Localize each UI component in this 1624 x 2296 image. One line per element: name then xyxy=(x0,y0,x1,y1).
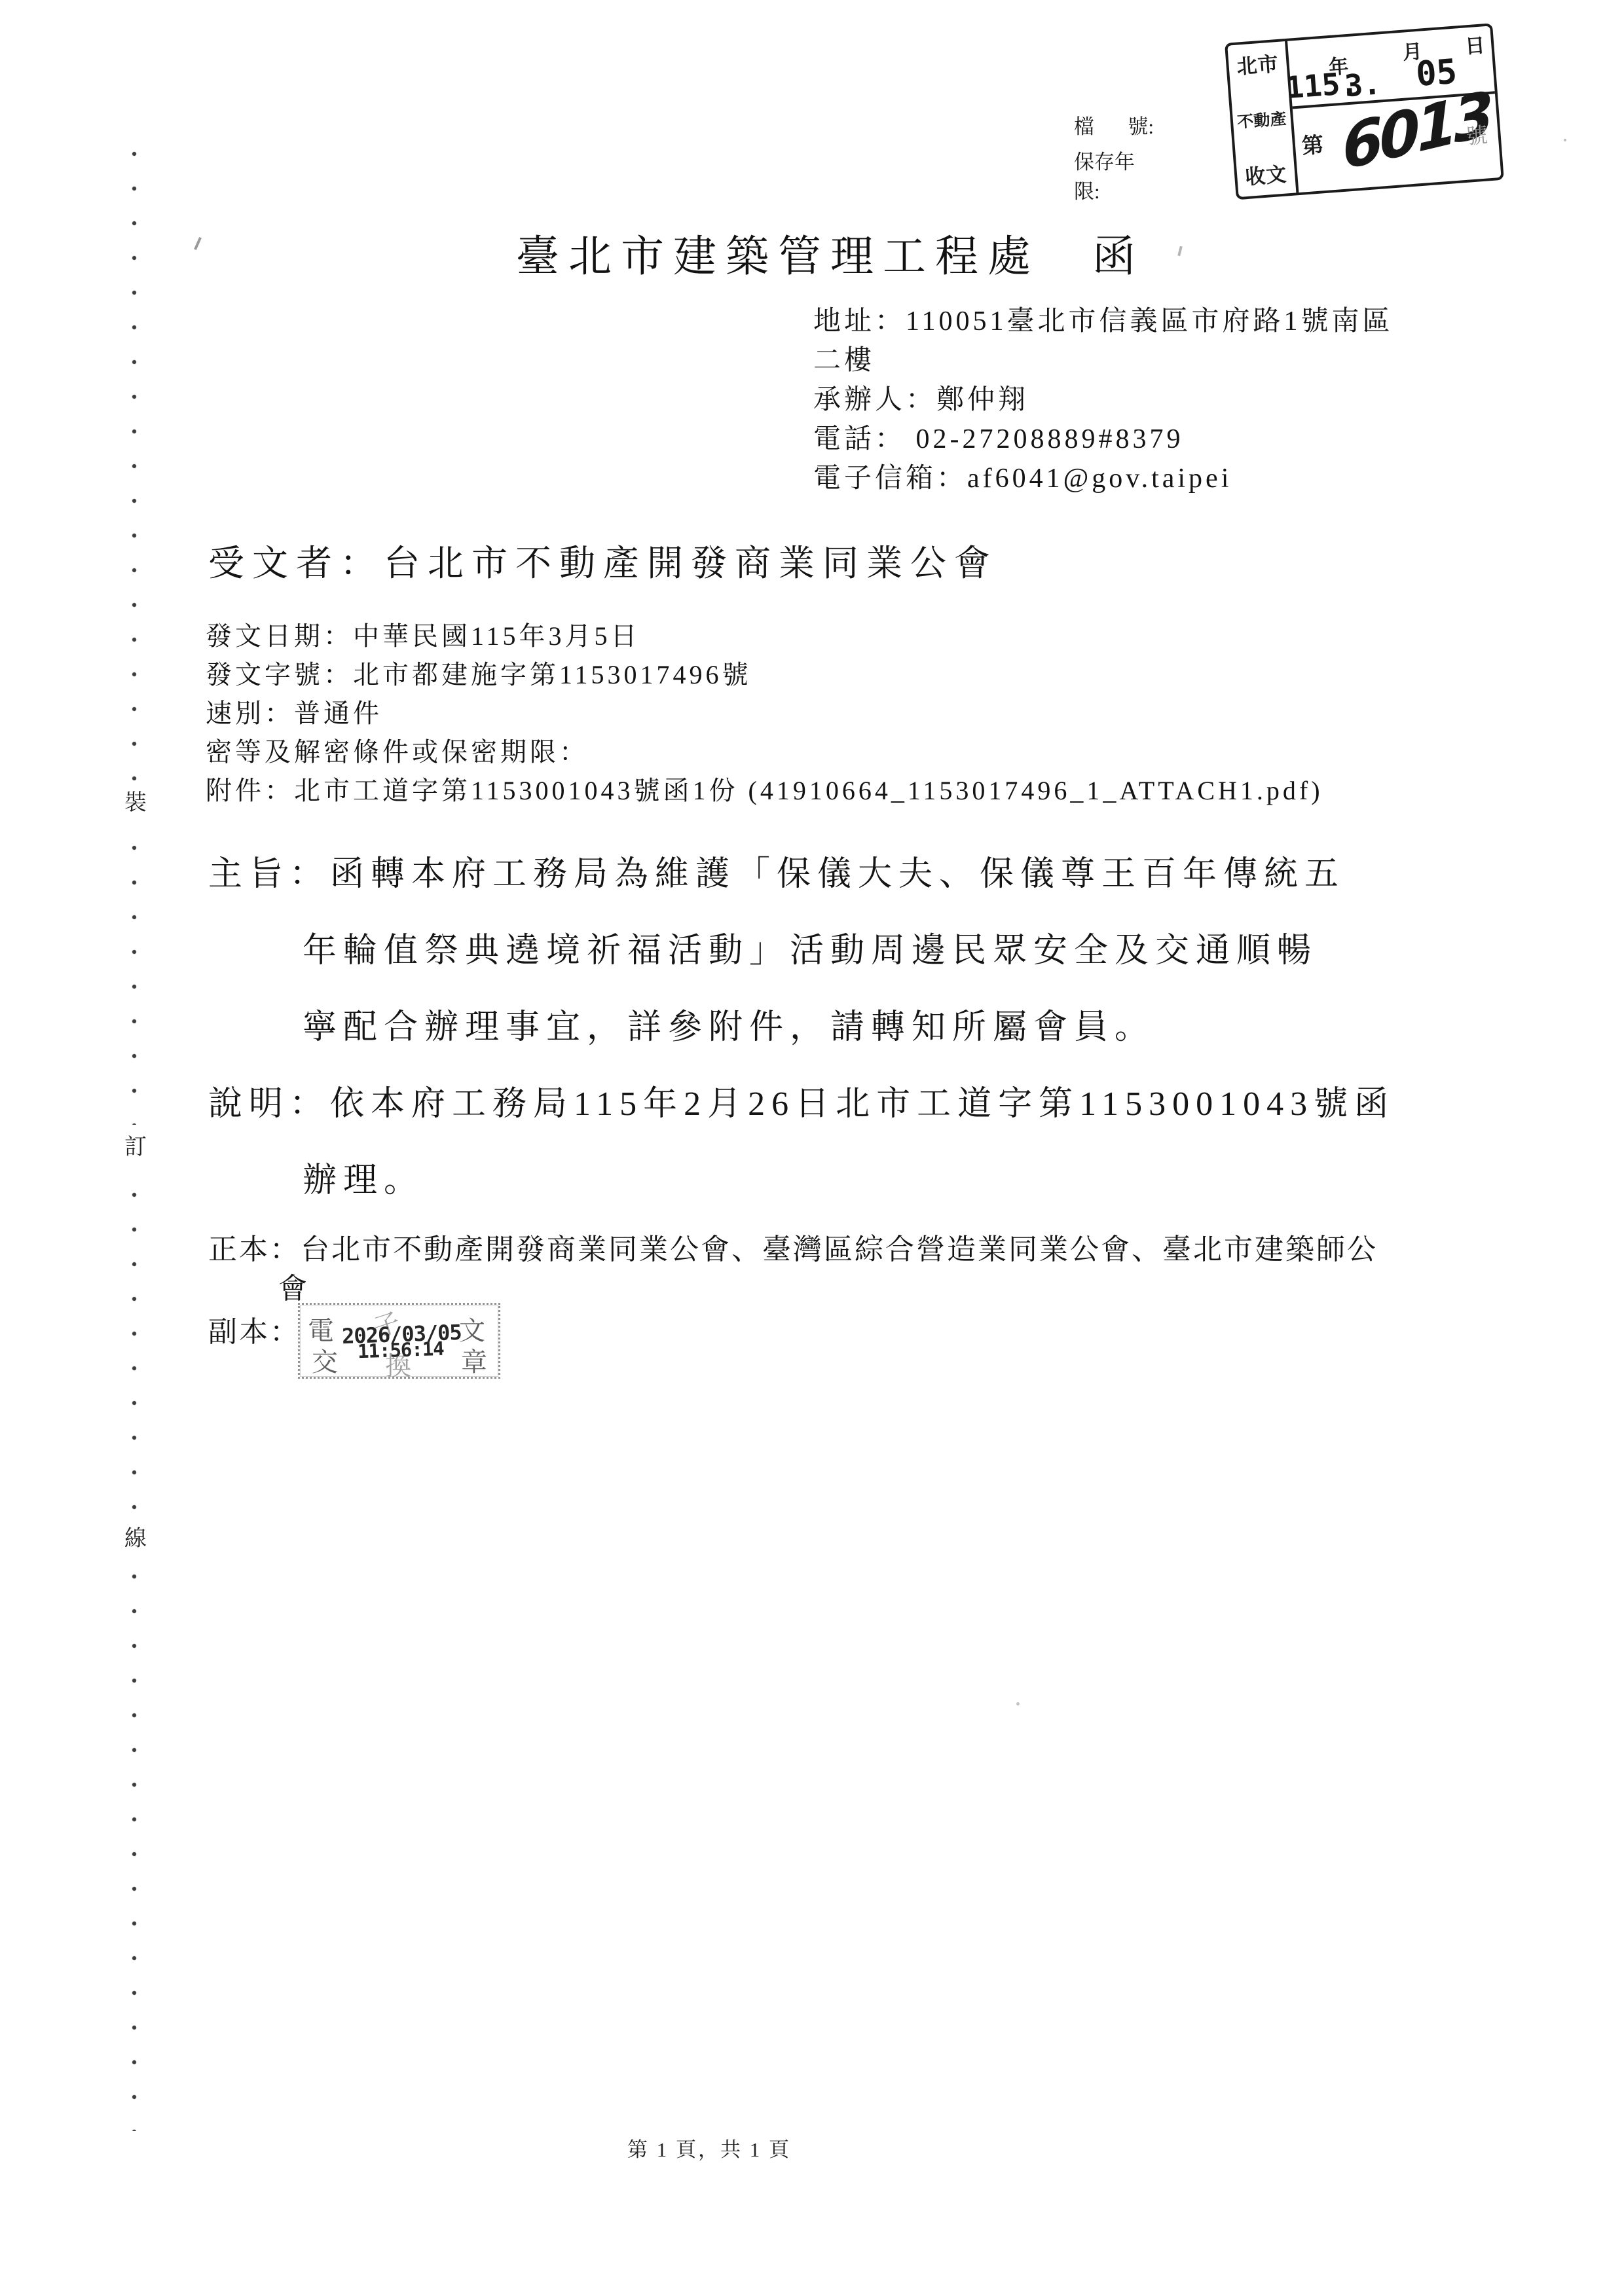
original-copy-line-2: 會 xyxy=(278,1265,309,1307)
received-stamp-org-top: 北市 xyxy=(1236,47,1280,80)
sender-address-line2: 二樓 xyxy=(813,343,1393,382)
meta-issue-date: 發文日期：中華民國115年3月5日 xyxy=(206,619,1323,658)
received-stamp-org-bottom: 收文 xyxy=(1244,157,1288,190)
sender-email: 電子信箱：af6041@gov.taipei xyxy=(813,461,1393,500)
recipient-line: 受文者：台北市不動產開發商業同業公會 xyxy=(208,534,998,586)
meta-classification: 密等及解密條件或保密期限： xyxy=(206,735,1323,774)
retention-period-label: 保存年限: xyxy=(1074,145,1154,204)
received-stamp-number-suffix: 號 xyxy=(1465,118,1488,150)
received-stamp-org-column: 北市 不動產 收文 xyxy=(1227,41,1299,197)
subject-line-1: 主旨：函轉本府工務局為維護「保儀大夫、保儀尊王百年傳統五 xyxy=(208,846,1345,895)
scan-artifact-mark xyxy=(194,237,202,250)
electronic-exchange-stamp: 電 子 文 交 換 章 2026/03/05 11:56:14 xyxy=(298,1303,500,1379)
description-line-1: 說明：依本府工務局115年2月26日北市工道字第1153001043號函 xyxy=(208,1076,1395,1125)
binding-char-ding: 訂 xyxy=(120,1125,151,1165)
meta-doc-number: 發文字號：北市都建施字第1153017496號 xyxy=(206,658,1323,697)
scan-artifact-mark xyxy=(1177,246,1183,257)
received-stamp-right-area: 年 月 日 115. 3. 05 第 6013 號 xyxy=(1287,26,1502,193)
received-stamp-org-mid: 不動產 xyxy=(1236,105,1287,132)
document-meta-block: 發文日期：中華民國115年3月5日 發文字號：北市都建施字第1153017496… xyxy=(206,619,1323,812)
document-title: 臺北市建築管理工程處 函 xyxy=(516,221,1145,283)
description-line-2: 辦理。 xyxy=(303,1152,424,1201)
cc-label: 副本： xyxy=(208,1308,301,1350)
meta-attachment: 附件：北市工道字第1153001043號函1份 (41910664_115301… xyxy=(206,774,1323,812)
binding-char-zhuang: 裝 xyxy=(120,780,151,820)
sender-contact-block: 地址：110051臺北市信義區市府路1號南區 二樓 承辦人：鄭仲翔 電話： 02… xyxy=(813,304,1393,500)
exchange-stamp-char-zhang: 章 xyxy=(461,1341,487,1379)
received-stamp-number-row: 第 6013 號 xyxy=(1293,94,1502,192)
sender-address-line1: 地址：110051臺北市信義區市府路1號南區 xyxy=(813,304,1393,343)
received-stamp-date-month: 3. xyxy=(1343,65,1382,103)
scan-artifact-speck xyxy=(1564,139,1566,141)
file-number-label-right: 號: xyxy=(1128,110,1154,139)
received-stamp-number-prefix: 第 xyxy=(1301,128,1324,160)
exchange-stamp-time: 11:56:14 xyxy=(357,1338,444,1363)
page-number-footer: 第 1 頁，共 1 頁 xyxy=(627,2133,791,2162)
received-stamp-day-unit: 日 xyxy=(1464,29,1486,59)
binding-char-xian: 線 xyxy=(120,1516,151,1556)
exchange-stamp-char-jiao: 交 xyxy=(312,1341,338,1379)
sender-phone: 電話： 02-27208889#8379 xyxy=(813,422,1393,461)
meta-priority: 速別：普通件 xyxy=(206,697,1323,735)
file-number-label-left: 檔 xyxy=(1074,110,1094,139)
subject-line-2: 年輪值祭典遶境祈福活動」活動周邊民眾安全及交通順暢 xyxy=(303,922,1318,972)
file-number-label: 檔 號: xyxy=(1074,110,1154,139)
subject-line-3: 寧配合辦理事宜，詳參附件，請轉知所屬會員。 xyxy=(303,999,1155,1048)
scan-artifact-speck xyxy=(1016,1702,1020,1705)
original-copy-line-1: 正本：台北市不動產開發商業同業公會、臺灣區綜合營造業同業公會、臺北市建築師公 xyxy=(208,1226,1378,1267)
scanned-official-letter-page: 裝 訂 線 檔 號: 保存年限: 北市 不動產 收文 年 月 日 115. 3.… xyxy=(0,0,1624,2296)
filing-labels: 檔 號: 保存年限: xyxy=(1074,110,1154,204)
received-stamp: 北市 不動產 收文 年 月 日 115. 3. 05 第 6013 號 xyxy=(1225,23,1504,200)
sender-contact-person: 承辦人：鄭仲翔 xyxy=(813,382,1393,422)
